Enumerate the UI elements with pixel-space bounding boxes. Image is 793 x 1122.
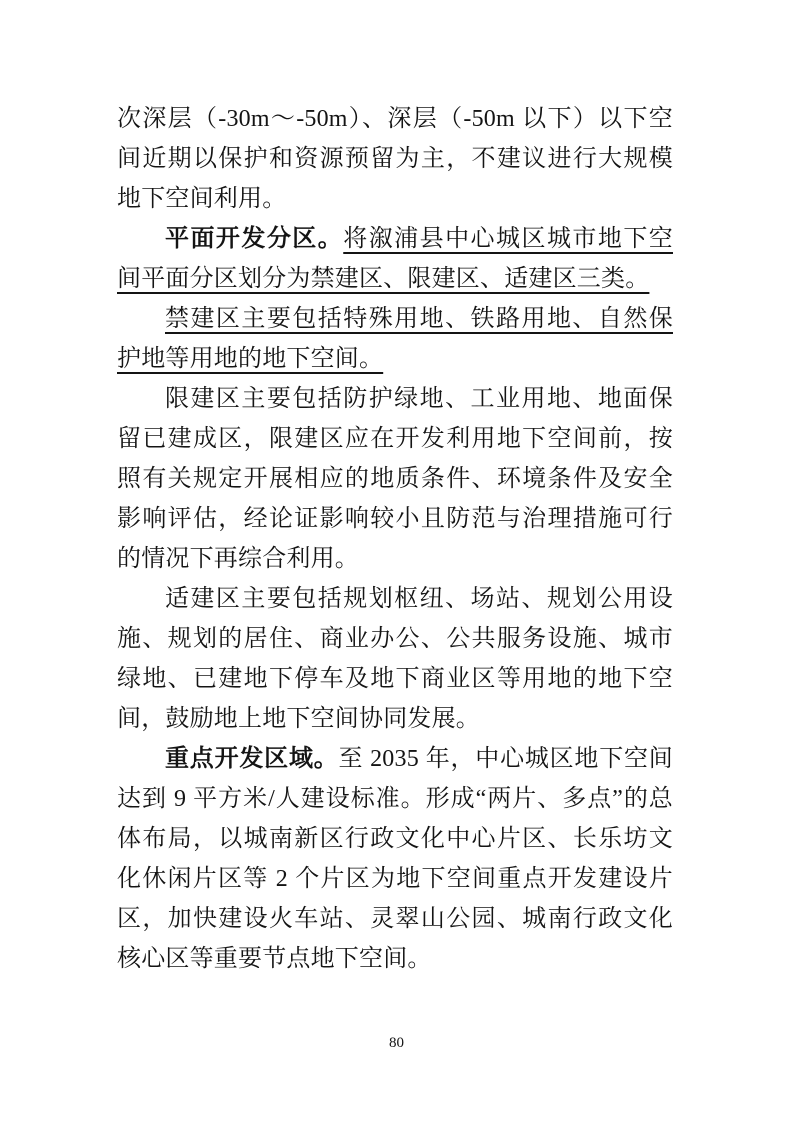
paragraph-text: 限建区主要包括防护绿地、工业用地、地面保留已建成区，限建区应在开发利用地下空间前… <box>117 386 673 572</box>
underlined-text: 禁建区主要包括特殊用地、铁路用地、自然保护地等用地的地下空间。 <box>117 306 673 372</box>
paragraph-text: 适建区主要包括规划枢纽、场站、规划公用设施、规划的居住、商业办公、公共服务设施、… <box>117 586 673 732</box>
paragraph-depth-layers: 次深层（-30m～-50m）、深层（-50m 以下）以下空间近期以保护和资源预留… <box>117 99 673 219</box>
paragraph-text: 次深层（-30m～-50m）、深层（-50m 以下）以下空间近期以保护和资源预留… <box>117 106 673 212</box>
paragraph-suitable-zone: 适建区主要包括规划枢纽、场站、规划公用设施、规划的居住、商业办公、公共服务设施、… <box>117 579 673 739</box>
run-in-heading: 重点开发区域。 <box>165 746 339 772</box>
page-number: 80 <box>0 1033 793 1053</box>
paragraph-restricted-zone: 限建区主要包括防护绿地、工业用地、地面保留已建成区，限建区应在开发利用地下空间前… <box>117 379 673 579</box>
document-page: 次深层（-30m～-50m）、深层（-50m 以下）以下空间近期以保护和资源预留… <box>0 0 793 1122</box>
document-body: 次深层（-30m～-50m）、深层（-50m 以下）以下空间近期以保护和资源预留… <box>117 99 673 979</box>
paragraph-key-development-area: 重点开发区域。至 2035 年，中心城区地下空间达到 9 平方米/人建设标准。形… <box>117 739 673 979</box>
paragraph-text: 至 2035 年，中心城区地下空间达到 9 平方米/人建设标准。形成“两片、多点… <box>117 746 673 972</box>
paragraph-forbidden-zone: 禁建区主要包括特殊用地、铁路用地、自然保护地等用地的地下空间。 <box>117 299 673 379</box>
paragraph-plane-zoning: 平面开发分区。将溆浦县中心城区城市地下空间平面分区划分为禁建区、限建区、适建区三… <box>117 219 673 299</box>
run-in-heading: 平面开发分区。 <box>165 226 343 252</box>
